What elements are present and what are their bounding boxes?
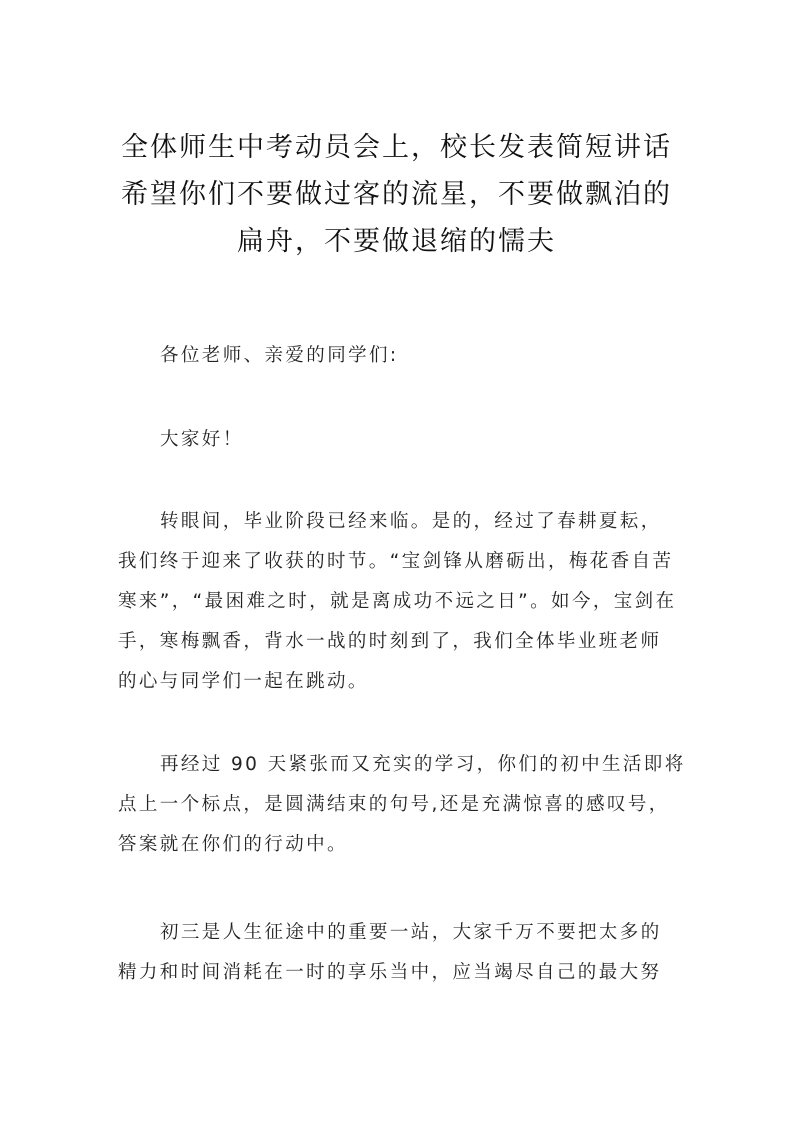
paragraph-line: 答案就在你们的行动中。	[118, 825, 688, 865]
paragraph-line: 手，寒梅飘香，背水一战的时刻到了，我们全体毕业班老师	[118, 622, 688, 662]
paragraph-line: 我们终于迎来了收获的时节。“宝剑锋从磨砺出，梅花香自苦	[118, 542, 688, 582]
paragraph-2: 再经过 90 天紧张而又充实的学习，你们的初中生活即将 点上一个标点，是圆满结束…	[118, 745, 688, 865]
salutation: 各位老师、亲爱的同学们:	[118, 336, 688, 376]
greeting: 大家好！	[118, 420, 688, 460]
paragraph-3: 初三是人生征途中的重要一站，大家千万不要把太多的 精力和时间消耗在一时的享乐当中…	[118, 913, 688, 993]
greeting-text: 大家好！	[118, 420, 688, 460]
paragraph-line: 点上一个标点，是圆满结束的句号,还是充满惊喜的感叹号，	[118, 785, 688, 825]
title-line-1: 全体师生中考动员会上，校长发表简短讲话	[100, 124, 693, 171]
paragraph-line: 初三是人生征途中的重要一站，大家千万不要把太多的	[118, 913, 688, 953]
paragraph-line: 转眼间，毕业阶段已经来临。是的，经过了春耕夏耘，	[118, 502, 688, 542]
paragraph-line: 的心与同学们一起在跳动。	[118, 662, 688, 702]
paragraph-line: 精力和时间消耗在一时的享乐当中，应当竭尽自己的最大努	[118, 953, 688, 993]
salutation-text: 各位老师、亲爱的同学们:	[118, 336, 688, 376]
paragraph-line: 寒来”，“最困难之时，就是离成功不远之日”。如今，宝剑在	[118, 582, 688, 622]
paragraph-1: 转眼间，毕业阶段已经来临。是的，经过了春耕夏耘， 我们终于迎来了收获的时节。“宝…	[118, 502, 688, 702]
document-title: 全体师生中考动员会上，校长发表简短讲话 希望你们不要做过客的流星，不要做飘泊的 …	[100, 124, 693, 265]
title-line-3: 扁舟，不要做退缩的懦夫	[100, 218, 693, 265]
title-line-2: 希望你们不要做过客的流星，不要做飘泊的	[100, 171, 693, 218]
paragraph-line: 再经过 90 天紧张而又充实的学习，你们的初中生活即将	[118, 745, 688, 785]
document-page: 全体师生中考动员会上，校长发表简短讲话 希望你们不要做过客的流星，不要做飘泊的 …	[0, 0, 793, 1122]
